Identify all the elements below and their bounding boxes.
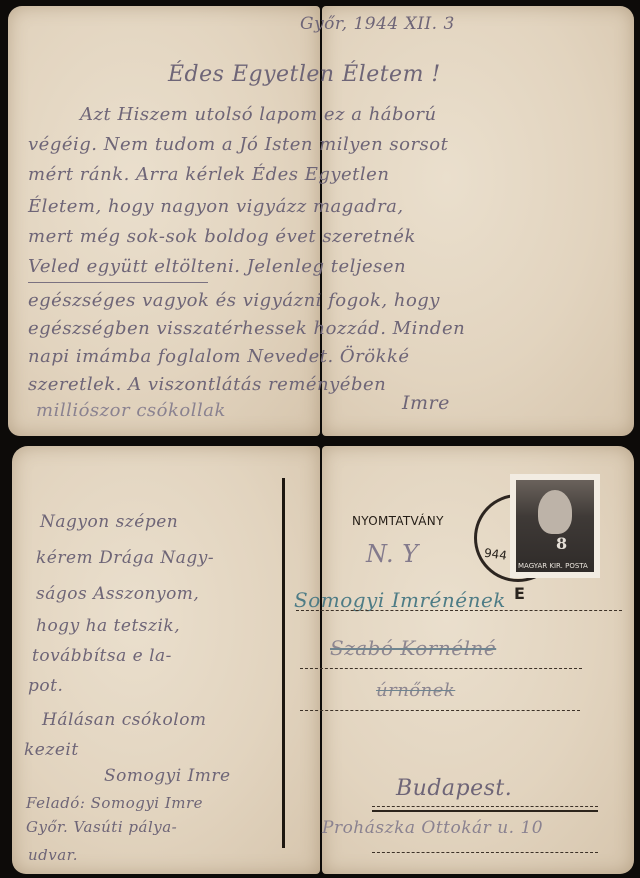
message-line: továbbítsa e la- [32,646,172,666]
address-street: Prohászka Ottokár u. 10 [322,818,543,838]
message-line: ságos Asszonyom, [36,584,199,604]
letter-line: milliószor csókollak [36,400,226,421]
address-rule [372,852,598,853]
letter-line: napi imámba foglalom Nevedet. Örökké [28,346,410,367]
letter-line: szeretlek. A viszontlátás reményében [28,374,386,395]
address-rule [300,668,582,669]
letter-line: Életem, hogy nagyon vigyázz magadra, [28,196,404,217]
stamp-value: 8 [556,534,567,553]
letter-line: mert még sok-sok boldog évet szeretnék [28,226,416,247]
letter-signature: Imre [402,392,450,414]
message-signature: Somogyi Imre [104,766,231,786]
stamp-country: MAGYAR KIR. POSTA [518,562,588,570]
letter-line: végéig. Nem tudom a Jó Isten milyen sors… [28,134,448,155]
underline-stroke [28,282,208,283]
address-rule [300,710,580,711]
letter-line: egészségben visszatérhessek hozzád. Mind… [28,318,465,339]
dateline: Győr, 1944 XII. 3 [300,14,455,34]
message-line: Nagyon szépen [40,512,178,532]
message-line: kezeit [24,740,79,760]
message-line: Hálásan csókolom [42,710,207,730]
sender-line: udvar. [28,846,78,864]
divider-line [282,478,285,848]
letter-line: mért ránk. Arra kérlek Édes Egyetlen [28,164,389,185]
stamp-portrait [538,490,572,534]
address-line: Somogyi Imrénének [294,588,506,612]
letter-line: Veled együtt eltölteni. Jelenleg teljese… [28,256,406,277]
message-line: kérem Drága Nagy- [36,548,214,568]
city-underline [372,810,598,812]
address-line-struck: Szabó Kornélné [330,636,496,660]
letter-line: Azt Hiszem utolsó lapom ez a háború [80,104,437,125]
sender-line: Feladó: Somogyi Imre [26,794,203,812]
postage-stamp: 8 MAGYAR KIR. POSTA [510,474,600,578]
letter-line: egészséges vagyok és vigyázni fogok, hog… [28,290,440,311]
address-city: Budapest. [396,776,512,801]
stamp-image: 8 MAGYAR KIR. POSTA [516,480,594,572]
pencil-mark: N. Y [366,540,419,568]
salutation: Édes Egyetlen Életem ! [168,62,441,87]
sender-line: Győr. Vasúti pálya- [26,818,177,836]
postmark-letter: E [514,584,525,603]
message-line: pot. [28,676,63,696]
address-rule [296,610,622,611]
address-rule [372,806,598,807]
address-line-struck: úrnőnek [376,680,455,701]
message-line: hogy ha tetszik, [36,616,180,636]
printed-matter-label: NYOMTATVÁNY [352,514,444,528]
